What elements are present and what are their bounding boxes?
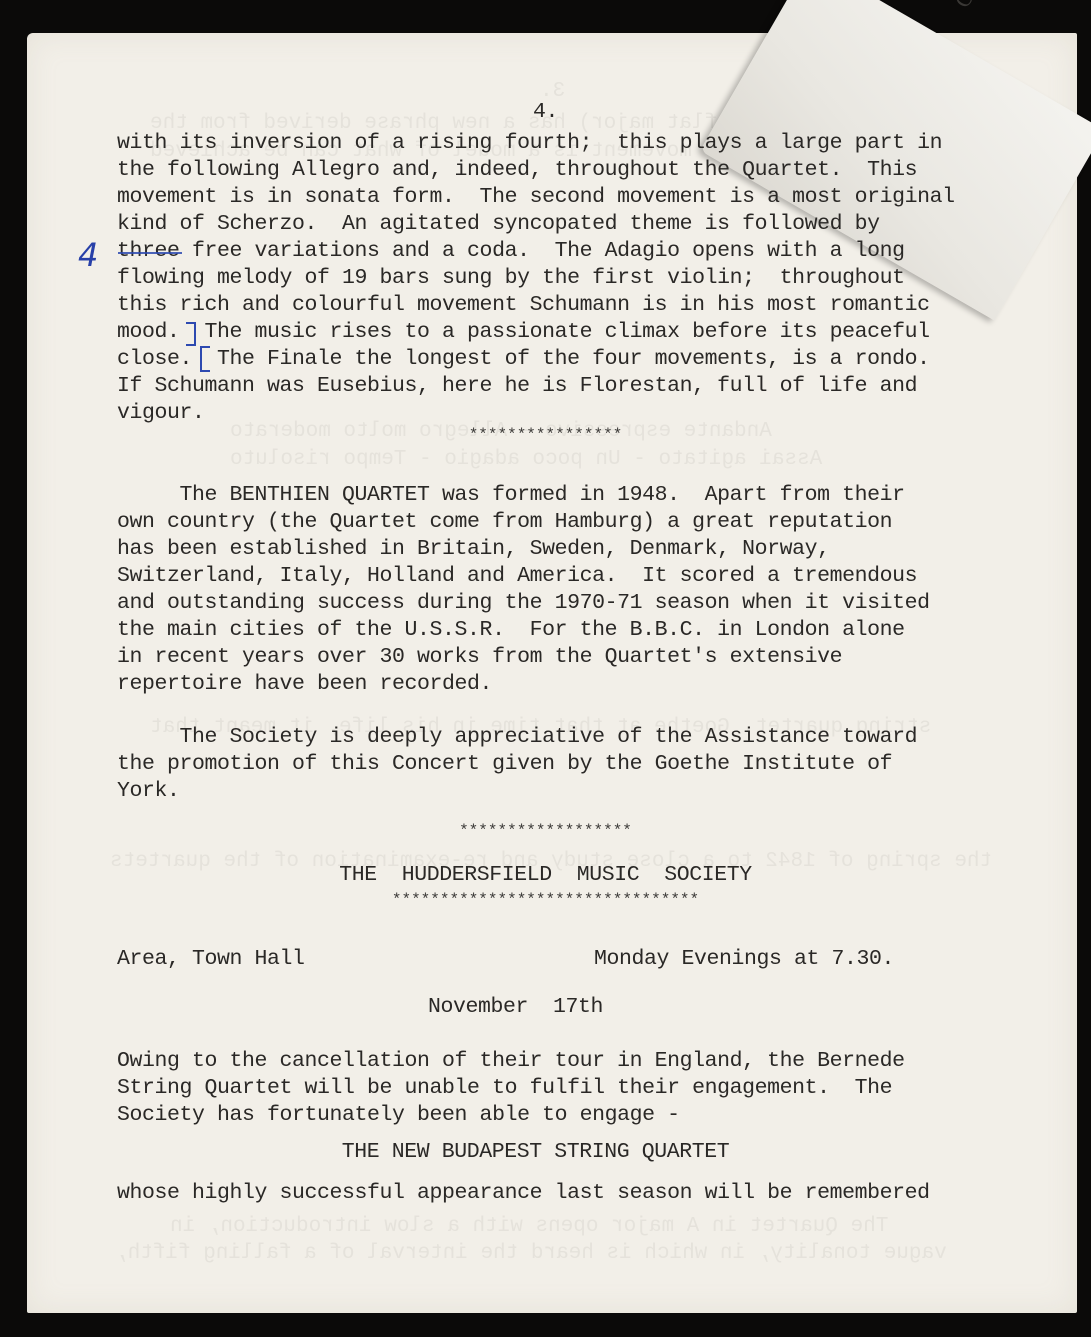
separator-asterisks: **************** [0,426,1091,444]
text-line: Society has fortunately been able to eng… [117,1102,680,1129]
text-line: the main cities of the U.S.S.R. For the … [117,617,905,644]
text-line: Switzerland, Italy, Holland and America.… [117,563,917,590]
text-line: whose highly successful appearance last … [117,1180,930,1207]
text-line: kind of Scherzo. An agitated syncopated … [117,211,880,238]
separator-asterisks: ******************************** [0,891,1091,909]
text-line: with its inversion of a rising fourth; t… [117,130,942,157]
concert-date: November 17th [0,995,1061,1019]
text-line: If Schumann was Eusebius, here he is Flo… [117,373,917,400]
schedule: Monday Evenings at 7.30. [594,946,894,973]
text-line: The BENTHIEN QUARTET was formed in 1948.… [117,482,905,509]
performer-name: THE NEW BUDAPEST STRING QUARTET [0,1140,1081,1164]
curled-page-text: Ome 8 [950,0,1006,12]
text-line: mood. The music rises to a passionate cl… [117,319,930,346]
text-line: this rich and colourful movement Schuman… [117,292,930,319]
text-line: The Society is deeply appreciative of th… [117,724,917,751]
text-line: flowing melody of 19 bars sung by the fi… [117,265,905,292]
strikethrough-mark [118,252,182,254]
text-line: repertoire have been recorded. [117,671,492,698]
text-line: York. [117,778,180,805]
text-line: own country (the Quartet come from Hambu… [117,509,892,536]
separator-asterisks: ****************** [0,822,1091,840]
text-line: in recent years over 30 works from the Q… [117,644,842,671]
page-number: 4. [0,100,1091,124]
text-line: has been established in Britain, Sweden,… [117,536,830,563]
text-line: Owing to the cancellation of their tour … [117,1048,905,1075]
close-bracket-mark [186,322,196,346]
text-line: String Quartet will be unable to fulfil … [117,1075,892,1102]
text-line: vigour. [117,400,205,427]
text-line: movement is in sonata form. The second m… [117,184,955,211]
venue: Area, Town Hall [117,946,305,973]
society-title: THE HUDDERSFIELD MUSIC SOCIETY [0,863,1091,887]
text-line: the promotion of this Concert given by t… [117,751,892,778]
text-line: and outstanding success during the 1970-… [117,590,930,617]
text-line: three free variations and a coda. The Ad… [117,238,905,265]
handwritten-correction: 4 [78,236,98,274]
text-line: the following Allegro and, indeed, throu… [117,157,917,184]
open-bracket-mark [200,346,210,372]
text-line: close. The Finale the longest of the fou… [117,346,930,373]
